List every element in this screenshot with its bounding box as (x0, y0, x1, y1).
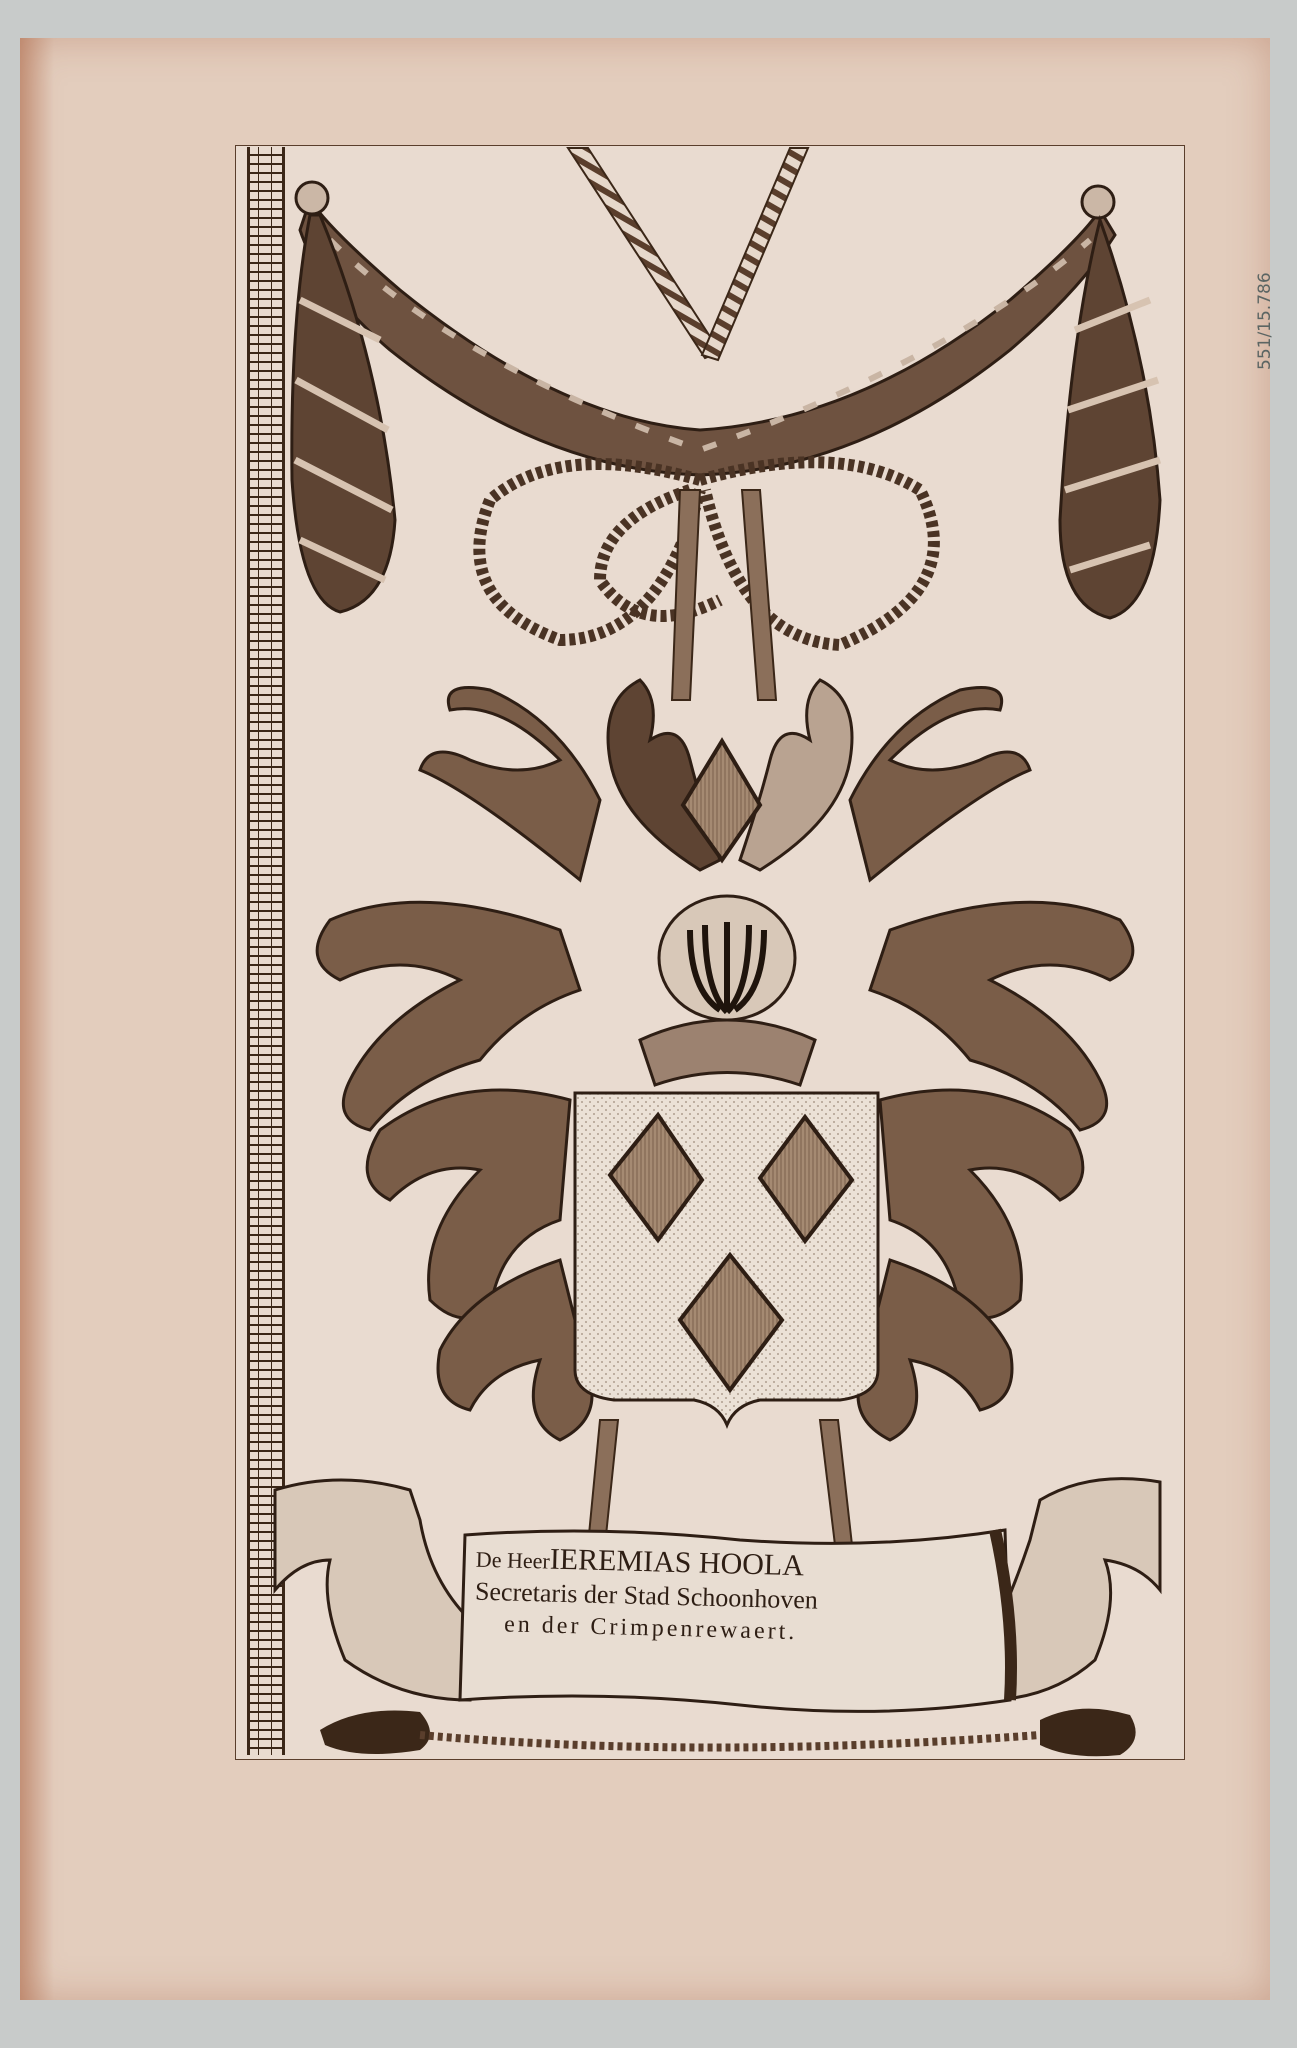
crossing-ribbons (568, 148, 808, 360)
ribbon-bow (479, 462, 934, 645)
ribbon-stems (672, 490, 776, 700)
barred-helmet (640, 896, 815, 1085)
title-prefix: De Heer (476, 1547, 551, 1574)
bottom-tassels (320, 1709, 1136, 1757)
mantling-left (317, 688, 600, 1441)
banner-inscription: De HeerIEREMIAS HOOLA Secretaris der Sta… (474, 1541, 1036, 1653)
mantling-right (850, 688, 1133, 1441)
catalog-number: 551/15.786 (1255, 272, 1275, 370)
coat-of-arms-engraving (0, 0, 1297, 2048)
catalog-number-annotation: 551/15.786 (1250, 70, 1280, 270)
person-name: IEREMIAS HOOLA (549, 1543, 804, 1583)
